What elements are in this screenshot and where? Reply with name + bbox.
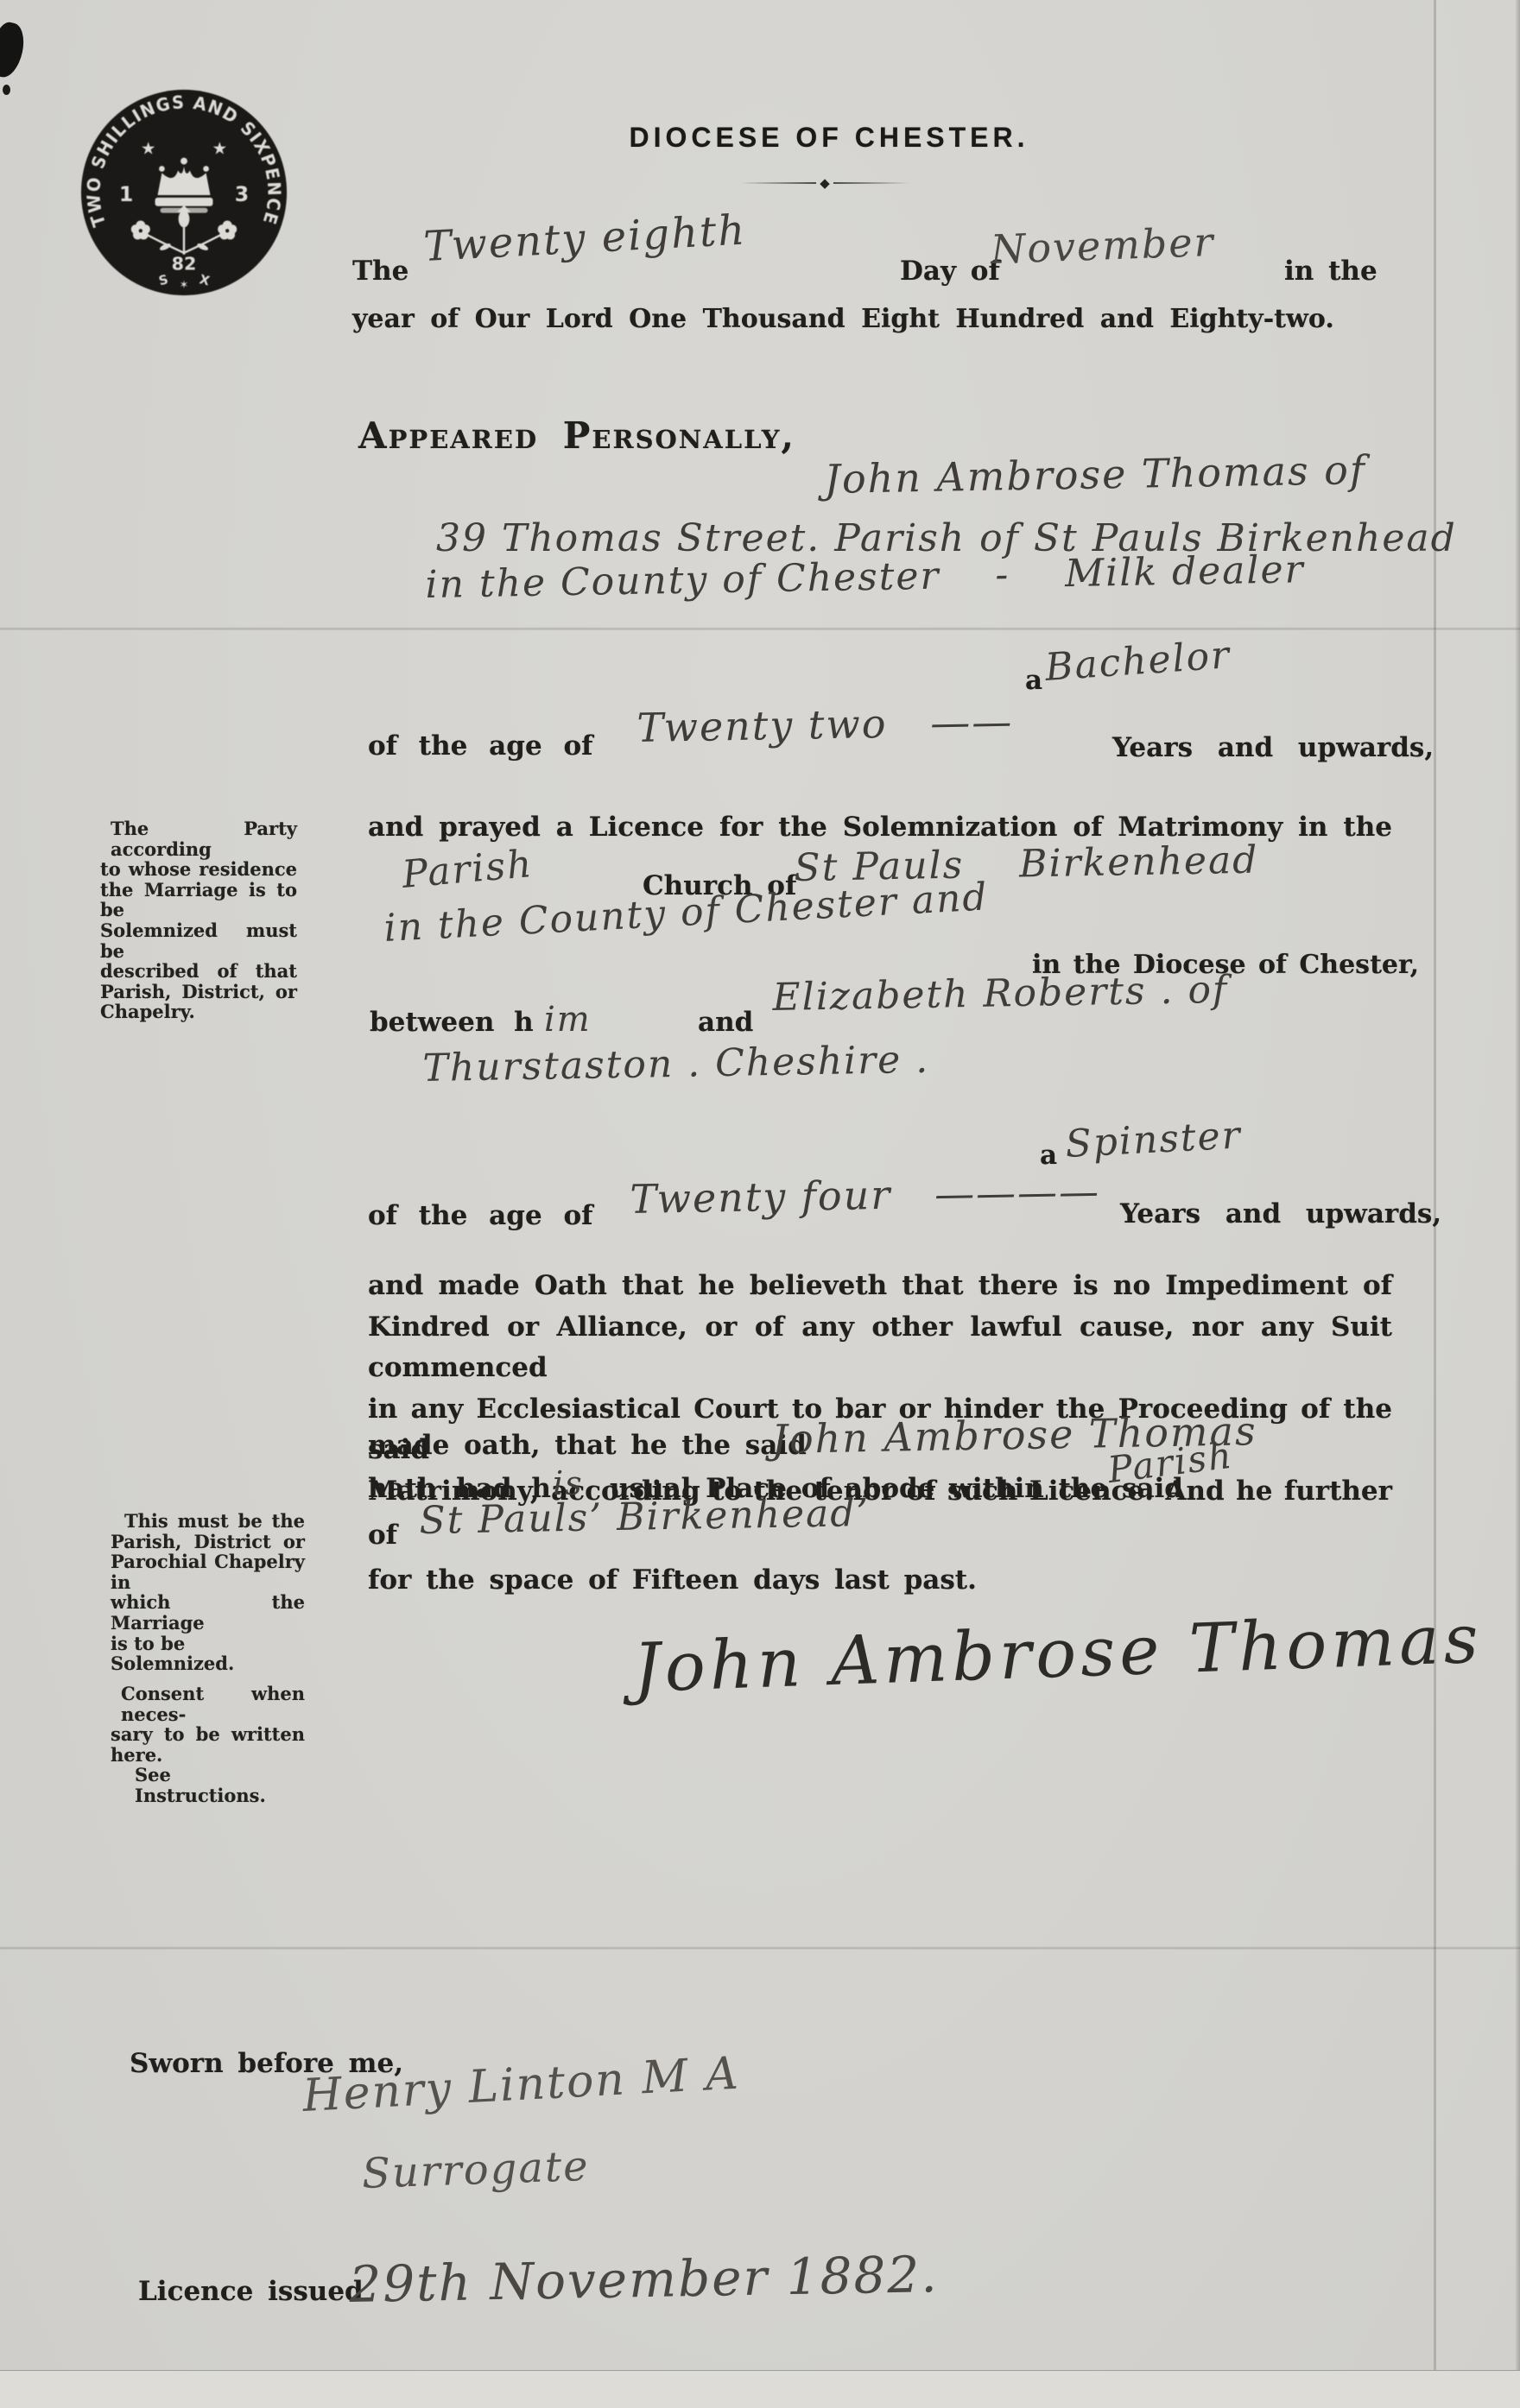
abode-duration-line: for the space of Fifteen days last past. xyxy=(368,1564,977,1596)
margin-note-line: described of that xyxy=(100,961,297,982)
him-completion-handwritten: im xyxy=(544,1000,592,1040)
and-label: and xyxy=(698,1007,753,1038)
between-label: between h xyxy=(370,1007,534,1038)
stamp-plate-number: 82 xyxy=(172,254,197,275)
stamp-bottom-star: ✶ xyxy=(180,279,189,292)
document-page: TWO SHILLINGS AND SIXPENCE ★ ★ 1 3 xyxy=(0,0,1520,2408)
bride-condition-handwritten: Spinster xyxy=(1064,1113,1242,1166)
groom-condition-handwritten: Bachelor xyxy=(1043,633,1232,690)
diamond-ornament-icon: ◆ xyxy=(816,175,833,191)
margin-note-line: The Party according xyxy=(100,818,297,859)
stamp-right-number: 3 xyxy=(235,182,249,206)
scan-bed-strip xyxy=(0,2370,1520,2408)
bride-age-handwritten: Twenty four ———— xyxy=(630,1168,1100,1223)
bride-age-prefix: of the age of xyxy=(368,1200,592,1231)
margin-note-line: Solemnized must be xyxy=(100,920,297,961)
margin-note-line: Consent when neces- xyxy=(111,1684,305,1724)
margin-note-line: Parochial Chapelry in xyxy=(111,1552,305,1592)
ornament-rule-left xyxy=(740,182,816,184)
margin-note-line: This must be the xyxy=(111,1511,305,1532)
margin-note-line: See Instructions. xyxy=(111,1765,305,1805)
oath-line: Kindred or Alliance, or of any other law… xyxy=(368,1307,1392,1389)
margin-note-line: sary to be written xyxy=(111,1724,305,1745)
groom-age-handwritten: Twenty two —— xyxy=(636,698,1014,751)
date-day-handwritten: Twenty eighth xyxy=(422,206,747,271)
page-right-edge xyxy=(1515,0,1520,2408)
licence-issued-label: Licence issued xyxy=(138,2276,364,2307)
date-month-handwritten: November xyxy=(990,218,1215,273)
stamp-left-number: 1 xyxy=(119,182,133,206)
bride-condition-prefix: a xyxy=(1040,1140,1057,1171)
date-prefix: The xyxy=(352,256,408,287)
bride-residence-handwritten: Thurstaston . Cheshire . xyxy=(422,1038,929,1090)
abode-place-handwritten: St Pauls’ Birkenhead’ xyxy=(419,1491,871,1543)
surrogate-title-handwritten: Surrogate xyxy=(361,2142,590,2198)
fold-crease-top xyxy=(0,627,1520,631)
margin-note-line: to whose residence xyxy=(100,859,297,880)
parish-handwritten: Parish xyxy=(401,842,535,897)
ornament-rule-right xyxy=(833,182,909,184)
margin-note-parish: This must be the Parish, District or Par… xyxy=(111,1511,305,1674)
page-right-margin-shade xyxy=(1436,0,1520,2408)
bride-name-handwritten: Elizabeth Roberts . of xyxy=(772,968,1229,1020)
page-title: DIOCESE OF CHESTER. xyxy=(570,122,1088,154)
date-day-of: Day of xyxy=(900,256,1000,287)
margin-note-line: the Marriage is to be xyxy=(100,880,297,920)
margin-note-line: Parish, District or xyxy=(111,1532,305,1552)
bride-age-suffix: Years and upwards, xyxy=(1120,1198,1441,1229)
scan-corner-blob xyxy=(0,20,28,80)
title-ornament-rule: ◆ xyxy=(725,175,924,191)
revenue-stamp: TWO SHILLINGS AND SIXPENCE ★ ★ 1 3 xyxy=(78,86,290,299)
margin-note-line: is to be Solemnized. xyxy=(111,1634,305,1674)
margin-note-line: which the Marriage xyxy=(111,1592,305,1633)
oath-line: and made Oath that he believeth that the… xyxy=(368,1266,1392,1307)
groom-condition-prefix: a xyxy=(1025,665,1042,696)
margin-note-line: Chapelry. xyxy=(100,1002,297,1022)
stamp-star-right: ★ xyxy=(212,139,228,159)
margin-note-line: Parish, District, or xyxy=(100,982,297,1002)
margin-note-consent: Consent when neces- sary to be written h… xyxy=(111,1684,305,1806)
oath-line5-printed: made oath, that he the said xyxy=(368,1430,807,1461)
fold-crease-bottom xyxy=(0,1946,1520,1950)
groom-age-prefix: of the age of xyxy=(368,730,592,762)
licence-issue-date-handwritten: 29th November 1882. xyxy=(349,2245,939,2314)
margin-note-residence: The Party according to whose residence t… xyxy=(100,818,297,1022)
date-year-line: year of Our Lord One Thousand Eight Hund… xyxy=(352,304,1334,334)
abode-of-label: of xyxy=(368,1520,397,1551)
margin-note-line: here. xyxy=(111,1745,305,1766)
deponent-name-handwritten: John Ambrose Thomas of xyxy=(824,446,1366,502)
deponent-signature-handwritten: John Ambrose Thomas xyxy=(632,1601,1484,1708)
scan-speck xyxy=(3,85,10,95)
date-in-the: in the xyxy=(1284,256,1377,287)
appeared-personally-heading: Appeared Personally, xyxy=(358,414,795,457)
stamp-star-left: ★ xyxy=(141,139,156,159)
groom-age-suffix: Years and upwards, xyxy=(1112,732,1434,763)
